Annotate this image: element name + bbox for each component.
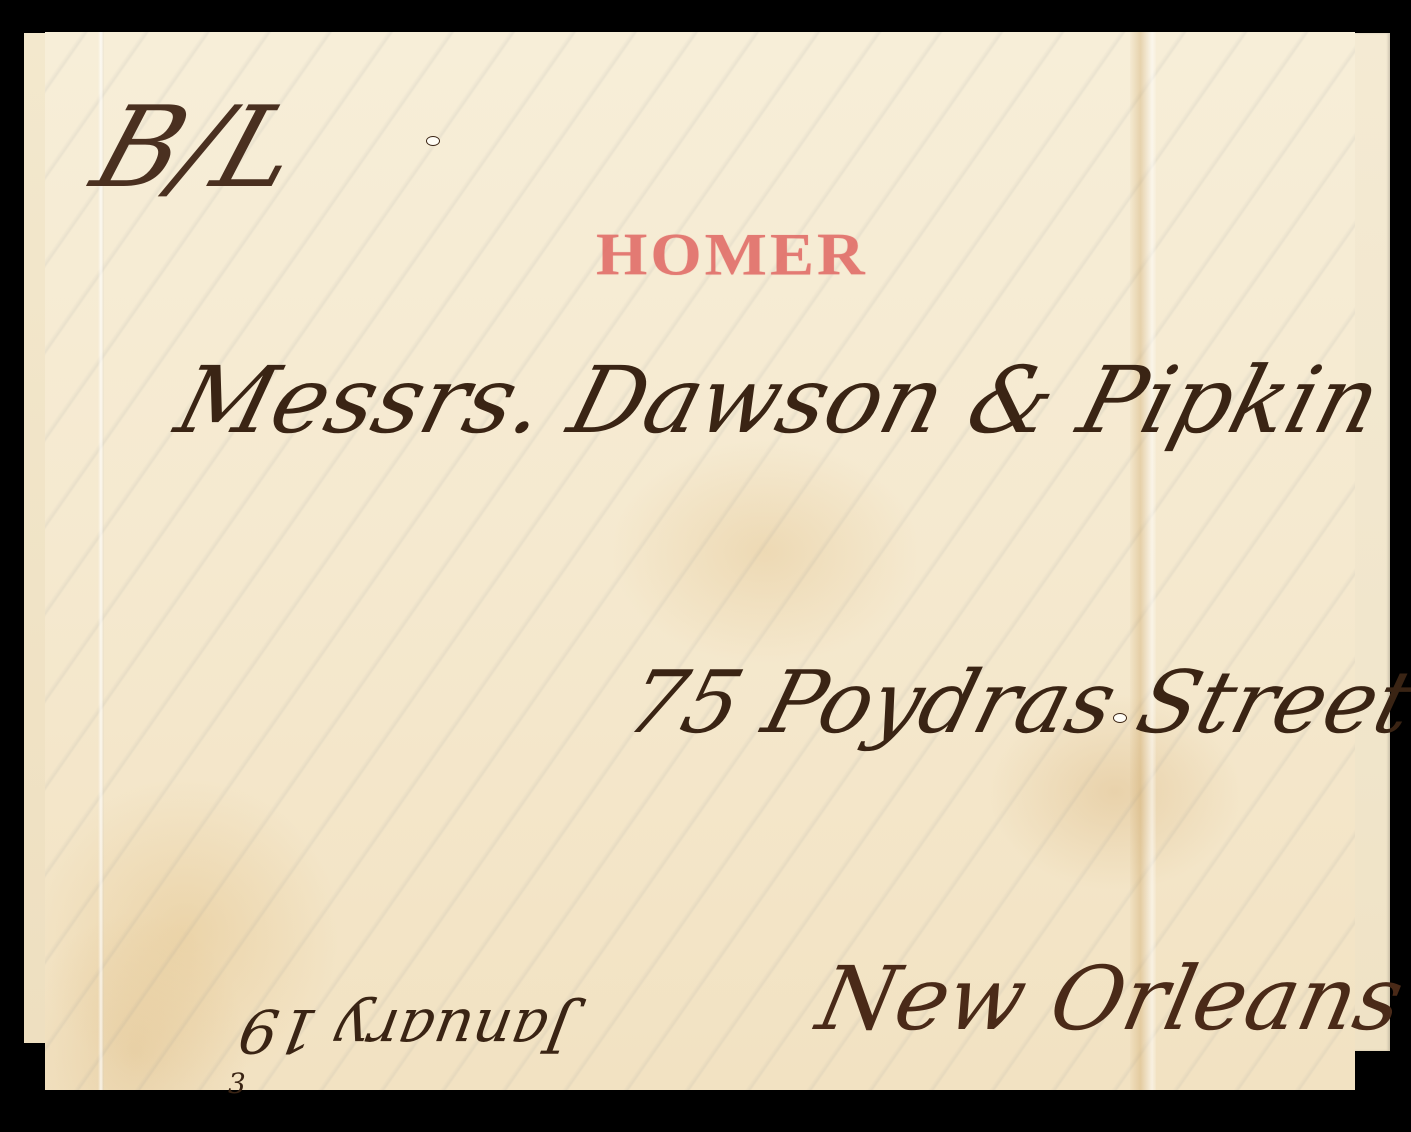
paper-hole — [1113, 713, 1127, 723]
paper-hole — [426, 136, 440, 146]
inverted-docket-date: January 19 — [235, 1000, 576, 1060]
street-address-line: 75 Poydras Street — [618, 660, 1411, 746]
town-postmark: HOMER — [596, 225, 868, 286]
addressee-line: Messrs. Dawson & Pipkin — [168, 355, 1390, 447]
city-line: New Orleans — [811, 955, 1411, 1043]
rate-marking: 3 — [228, 1070, 246, 1098]
routing-notation: B/L — [82, 92, 313, 204]
fold-line-right — [1130, 32, 1156, 1090]
